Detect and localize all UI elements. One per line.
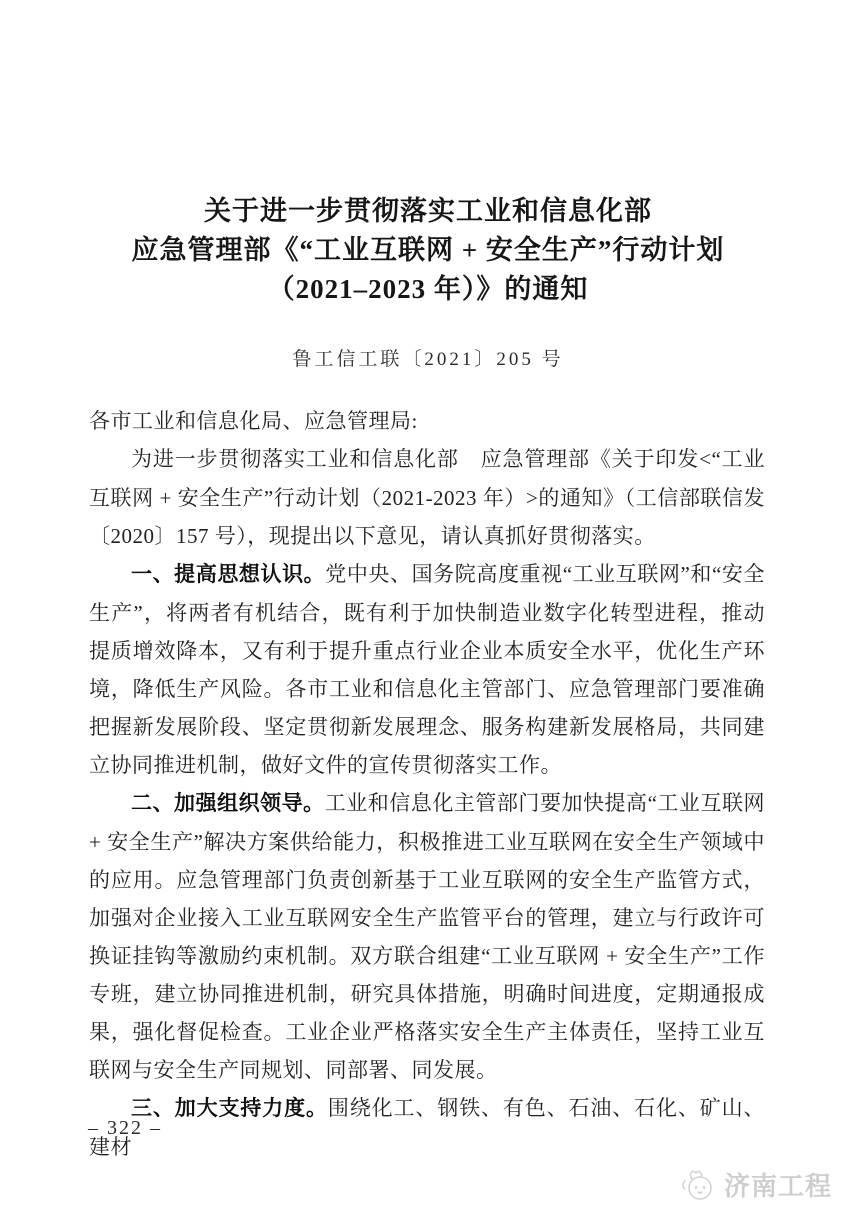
paragraph-text: 工业和信息化主管部门要加快提高“工业互联网 + 安全生产”解决方案供给能力，积极… (89, 791, 765, 1082)
paragraph: 二、加强组织领导。工业和信息化主管部门要加快提高“工业互联网 + 安全生产”解决… (89, 784, 765, 1089)
watermark-label: 济南工程 (724, 1166, 832, 1203)
document-page: 关于进一步贯彻落实工业和信息化部 应急管理部《“工业互联网 + 安全生产”行动计… (0, 0, 856, 1225)
watermark: 济南工程 (679, 1166, 832, 1203)
document-number: 鲁工信工联〔2021〕205 号 (0, 344, 856, 371)
paragraph: 为进一步贯彻落实工业和信息化部 应急管理部《关于印发<“工业互联网 + 安全生产… (89, 440, 765, 555)
paragraph-lead: 一、提高思想认识。 (131, 563, 325, 586)
paragraph: 三、加大支持力度。围绕化工、钢铁、有色、石油、石化、矿山、建材 (89, 1089, 765, 1166)
salutation: 各市工业和信息化局、应急管理局: (89, 402, 765, 440)
mascot-logo-icon (679, 1167, 717, 1203)
paragraph-text: 党中央、国务院高度重视“工业互联网”和“安全生产”，将两者有机结合，既有利于加快… (89, 562, 765, 777)
paragraph-text: 为进一步贯彻落实工业和信息化部 应急管理部《关于印发<“工业互联网 + 安全生产… (89, 447, 765, 548)
title-line-3: （2021–2023 年）》的通知 (0, 270, 856, 309)
title-line-2: 应急管理部《“工业互联网 + 安全生产”行动计划 (0, 231, 856, 270)
paragraph-lead: 二、加强组织领导。 (131, 792, 325, 815)
title-line-1: 关于进一步贯彻落实工业和信息化部 (0, 192, 856, 231)
document-body: 各市工业和信息化局、应急管理局: 为进一步贯彻落实工业和信息化部 应急管理部《关… (89, 402, 765, 1166)
page-number: – 322 – (88, 1117, 162, 1140)
document-title: 关于进一步贯彻落实工业和信息化部 应急管理部《“工业互联网 + 安全生产”行动计… (0, 192, 856, 309)
paragraph: 一、提高思想认识。党中央、国务院高度重视“工业互联网”和“安全生产”，将两者有机… (89, 555, 765, 784)
